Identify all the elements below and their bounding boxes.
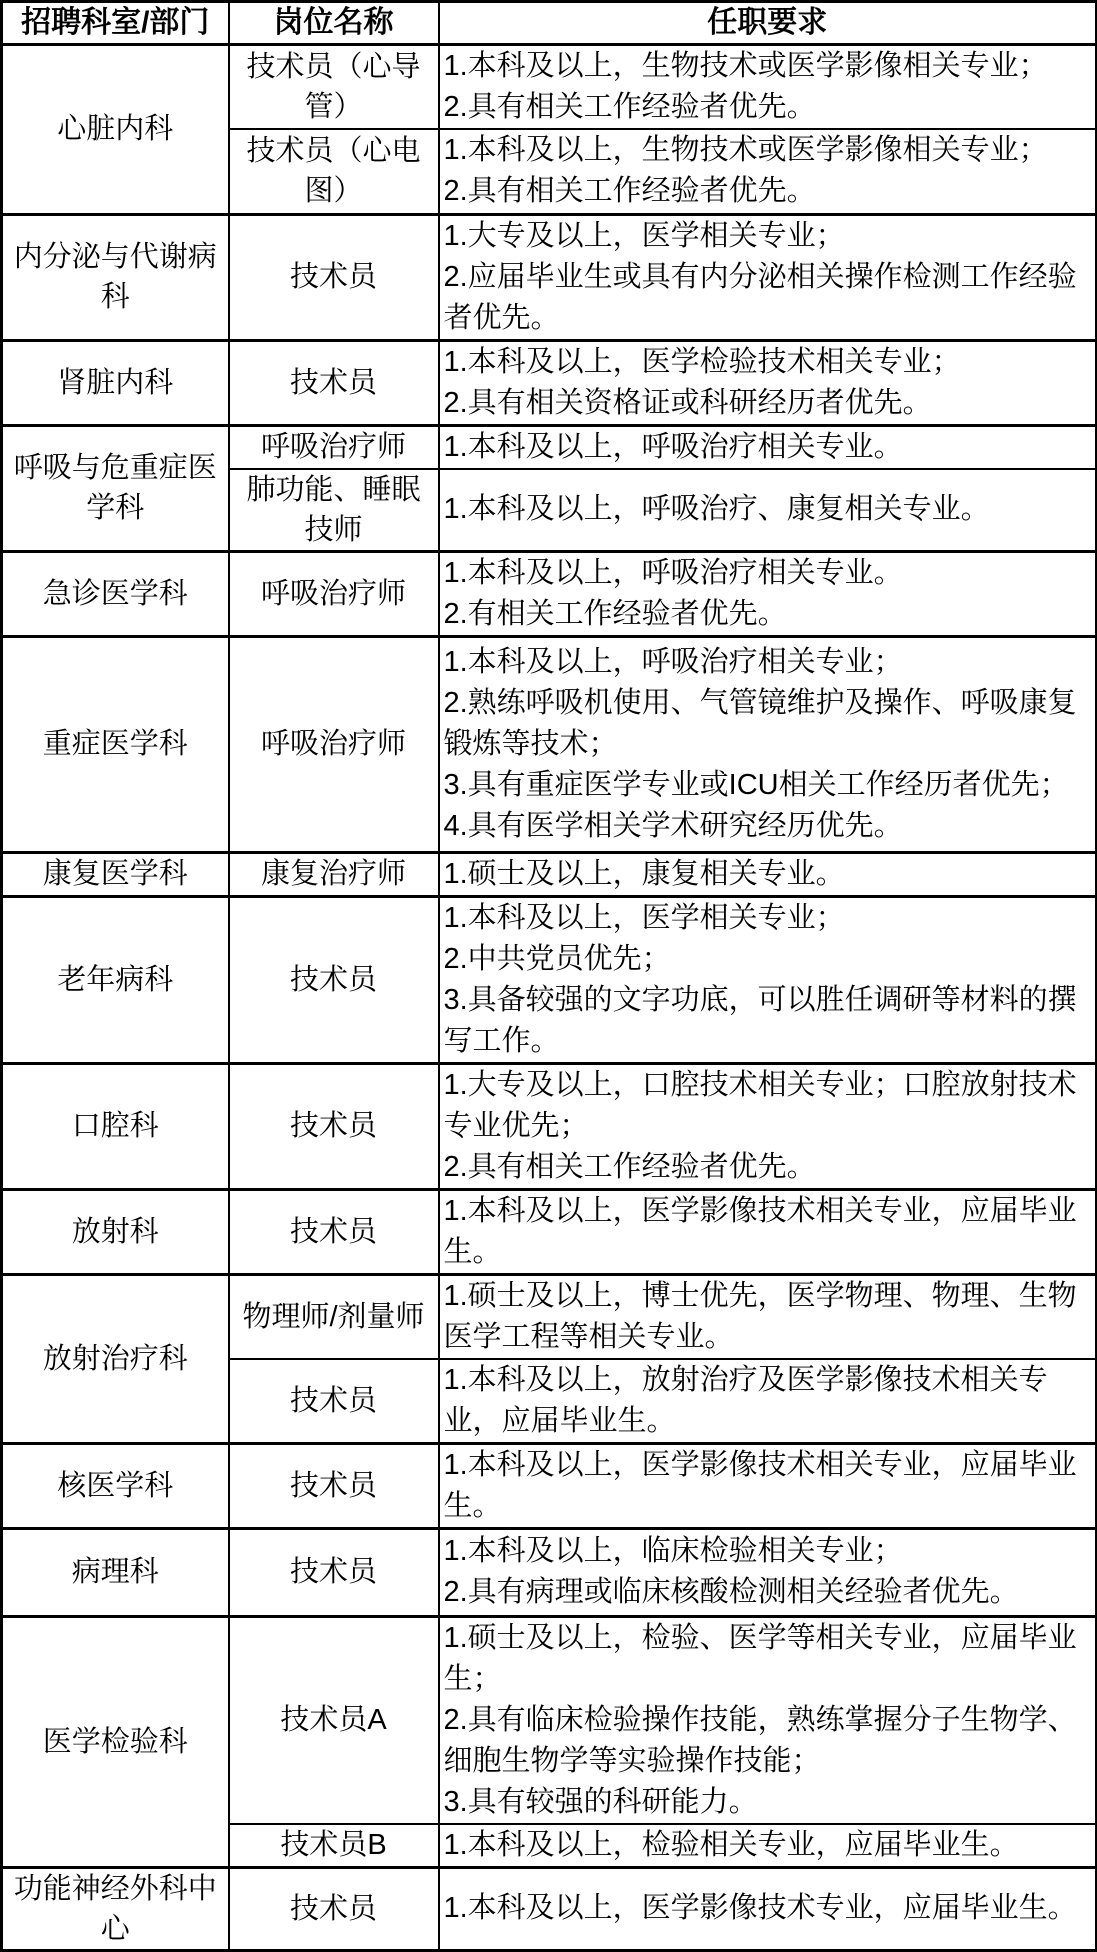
requirements-cell: 1.本科及以上，医学影像技术专业，应届毕业生。 [439, 1867, 1097, 1950]
requirement-line: 4.具有医学相关学术研究经历优先。 [444, 806, 1092, 847]
requirement-line: 2.熟练呼吸机使用、气管镜维护及操作、呼吸康复锻炼等技术； [444, 683, 1092, 765]
table-row: 放射科 技术员 1.本科及以上，医学影像技术相关专业，应届毕业生。 [2, 1189, 1097, 1274]
page: 招聘科室/部门 岗位名称 任职要求 心脏内科 技术员（心导管） 1.本科及以上，… [0, 0, 1097, 1952]
requirements-cell: 1.本科及以上，医学影像技术相关专业，应届毕业生。 [439, 1443, 1097, 1528]
requirement-line: 1.本科及以上，呼吸治疗相关专业。 [444, 427, 1092, 468]
table-row: 心脏内科 技术员（心导管） 1.本科及以上，生物技术或医学影像相关专业； 2.具… [2, 45, 1097, 130]
dept-cell: 重症医学科 [2, 636, 229, 852]
dept-cell: 老年病科 [2, 896, 229, 1063]
position-cell: 肺功能、睡眠技师 [229, 469, 439, 552]
position-cell: 呼吸治疗师 [229, 636, 439, 852]
requirements-cell: 1.大专及以上，医学相关专业； 2.应届毕业生或具有内分泌相关操作检测工作经验者… [439, 214, 1097, 340]
position-cell: 技术员 [229, 1189, 439, 1274]
requirement-line: 1.本科及以上，医学影像技术相关专业，应届毕业生。 [444, 1191, 1092, 1273]
requirement-line: 2.具有相关资格证或科研经历者优先。 [444, 383, 1092, 424]
requirement-line: 3.具有较强的科研能力。 [444, 1782, 1092, 1823]
dept-cell: 医学检验科 [2, 1616, 229, 1867]
dept-cell: 心脏内科 [2, 45, 229, 215]
requirements-cell: 1.硕士及以上，博士优先，医学物理、物理、生物医学工程等相关专业。 [439, 1274, 1097, 1359]
position-cell: 技术员 [229, 1867, 439, 1950]
position-cell: 呼吸治疗师 [229, 425, 439, 469]
requirement-line: 1.本科及以上，医学影像技术相关专业，应届毕业生。 [444, 1445, 1092, 1527]
requirement-line: 1.本科及以上，放射治疗及医学影像技术相关专业，应届毕业生。 [444, 1360, 1092, 1442]
requirement-line: 1.本科及以上，临床检验相关专业； [444, 1531, 1092, 1572]
position-cell: 技术员A [229, 1616, 439, 1824]
table-row: 呼吸与危重症医学科 呼吸治疗师 1.本科及以上，呼吸治疗相关专业。 [2, 425, 1097, 469]
requirement-line: 1.本科及以上，呼吸治疗、康复相关专业。 [444, 489, 1092, 530]
requirement-line: 1.硕士及以上，康复相关专业。 [444, 854, 1092, 895]
requirement-line: 1.本科及以上，生物技术或医学影像相关专业； [444, 46, 1092, 87]
table-row: 放射治疗科 物理师/剂量师 1.硕士及以上，博士优先，医学物理、物理、生物医学工… [2, 1274, 1097, 1359]
requirement-line: 1.本科及以上，呼吸治疗相关专业。 [444, 553, 1092, 594]
requirement-line: 2.具有相关工作经验者优先。 [444, 1147, 1092, 1188]
dept-cell: 内分泌与代谢病科 [2, 214, 229, 340]
position-cell: 技术员 [229, 1528, 439, 1616]
dept-cell: 康复医学科 [2, 852, 229, 896]
dept-cell: 功能神经外科中心 [2, 1867, 229, 1950]
requirement-line: 1.本科及以上，呼吸治疗相关专业； [444, 642, 1092, 683]
dept-cell: 呼吸与危重症医学科 [2, 425, 229, 551]
position-cell: 技术员 [229, 1063, 439, 1189]
header-row: 招聘科室/部门 岗位名称 任职要求 [2, 2, 1097, 45]
header-dept: 招聘科室/部门 [2, 2, 229, 45]
position-cell: 物理师/剂量师 [229, 1274, 439, 1359]
header-position: 岗位名称 [229, 2, 439, 45]
table-row: 老年病科 技术员 1.本科及以上，医学相关专业； 2.中共党员优先； 3.具备较… [2, 896, 1097, 1063]
requirements-cell: 1.本科及以上，医学影像技术相关专业，应届毕业生。 [439, 1189, 1097, 1274]
dept-cell: 放射治疗科 [2, 1274, 229, 1443]
requirement-line: 1.本科及以上，医学影像技术专业，应届毕业生。 [444, 1888, 1092, 1929]
requirements-cell: 1.硕士及以上，康复相关专业。 [439, 852, 1097, 896]
requirements-cell: 1.本科及以上，呼吸治疗、康复相关专业。 [439, 469, 1097, 552]
requirement-line: 3.具有重症医学专业或ICU相关工作经历者优先； [444, 765, 1092, 806]
requirement-line: 3.具备较强的文字功底，可以胜任调研等材料的撰写工作。 [444, 980, 1092, 1062]
requirement-line: 1.本科及以上，检验相关专业，应届毕业生。 [444, 1825, 1092, 1866]
requirements-cell: 1.本科及以上，放射治疗及医学影像技术相关专业，应届毕业生。 [439, 1359, 1097, 1444]
position-cell: 呼吸治疗师 [229, 551, 439, 636]
requirement-line: 2.有相关工作经验者优先。 [444, 594, 1092, 635]
position-cell: 技术员（心导管） [229, 45, 439, 130]
dept-cell: 肾脏内科 [2, 340, 229, 425]
dept-cell: 急诊医学科 [2, 551, 229, 636]
table-row: 康复医学科 康复治疗师 1.硕士及以上，康复相关专业。 [2, 852, 1097, 896]
requirement-line: 2.具有相关工作经验者优先。 [444, 171, 1092, 212]
requirement-line: 1.大专及以上，口腔技术相关专业；口腔放射技术专业优先； [444, 1065, 1092, 1147]
requirements-cell: 1.大专及以上，口腔技术相关专业；口腔放射技术专业优先； 2.具有相关工作经验者… [439, 1063, 1097, 1189]
requirement-line: 1.硕士及以上，博士优先，医学物理、物理、生物医学工程等相关专业。 [444, 1276, 1092, 1358]
requirements-cell: 1.本科及以上，医学检验技术相关专业； 2.具有相关资格证或科研经历者优先。 [439, 340, 1097, 425]
position-cell: 技术员 [229, 340, 439, 425]
requirements-cell: 1.本科及以上，临床检验相关专业； 2.具有病理或临床核酸检测相关经验者优先。 [439, 1528, 1097, 1616]
position-cell: 技术员（心电图） [229, 129, 439, 214]
requirements-cell: 1.本科及以上，呼吸治疗相关专业。 2.有相关工作经验者优先。 [439, 551, 1097, 636]
requirements-cell: 1.本科及以上，医学相关专业； 2.中共党员优先； 3.具备较强的文字功底，可以… [439, 896, 1097, 1063]
requirement-line: 2.具有临床检验操作技能，熟练掌握分子生物学、细胞生物学等实验操作技能； [444, 1700, 1092, 1782]
dept-cell: 核医学科 [2, 1443, 229, 1528]
table-row: 医学检验科 技术员A 1.硕士及以上，检验、医学等相关专业，应届毕业生； 2.具… [2, 1616, 1097, 1824]
table-row: 核医学科 技术员 1.本科及以上，医学影像技术相关专业，应届毕业生。 [2, 1443, 1097, 1528]
header-requirements: 任职要求 [439, 2, 1097, 45]
requirement-line: 1.本科及以上，生物技术或医学影像相关专业； [444, 130, 1092, 171]
requirement-line: 1.本科及以上，医学相关专业； [444, 898, 1092, 939]
requirement-line: 1.大专及以上，医学相关专业； [444, 216, 1092, 257]
requirements-cell: 1.本科及以上，呼吸治疗相关专业； 2.熟练呼吸机使用、气管镜维护及操作、呼吸康… [439, 636, 1097, 852]
dept-cell: 口腔科 [2, 1063, 229, 1189]
position-cell: 技术员 [229, 1359, 439, 1444]
position-cell: 技术员 [229, 896, 439, 1063]
recruitment-table: 招聘科室/部门 岗位名称 任职要求 心脏内科 技术员（心导管） 1.本科及以上，… [0, 0, 1097, 1952]
requirements-cell: 1.本科及以上，检验相关专业，应届毕业生。 [439, 1824, 1097, 1868]
requirement-line: 2.具有病理或临床核酸检测相关经验者优先。 [444, 1572, 1092, 1613]
table-row: 重症医学科 呼吸治疗师 1.本科及以上，呼吸治疗相关专业； 2.熟练呼吸机使用、… [2, 636, 1097, 852]
table-row: 急诊医学科 呼吸治疗师 1.本科及以上，呼吸治疗相关专业。 2.有相关工作经验者… [2, 551, 1097, 636]
requirements-cell: 1.本科及以上，生物技术或医学影像相关专业； 2.具有相关工作经验者优先。 [439, 129, 1097, 214]
requirement-line: 1.本科及以上，医学检验技术相关专业； [444, 342, 1092, 383]
table-row: 功能神经外科中心 技术员 1.本科及以上，医学影像技术专业，应届毕业生。 [2, 1867, 1097, 1950]
table-row: 肾脏内科 技术员 1.本科及以上，医学检验技术相关专业； 2.具有相关资格证或科… [2, 340, 1097, 425]
position-cell: 康复治疗师 [229, 852, 439, 896]
requirements-cell: 1.硕士及以上，检验、医学等相关专业，应届毕业生； 2.具有临床检验操作技能，熟… [439, 1616, 1097, 1824]
table-row: 口腔科 技术员 1.大专及以上，口腔技术相关专业；口腔放射技术专业优先； 2.具… [2, 1063, 1097, 1189]
dept-cell: 放射科 [2, 1189, 229, 1274]
requirement-line: 2.应届毕业生或具有内分泌相关操作检测工作经验者优先。 [444, 257, 1092, 339]
dept-cell: 病理科 [2, 1528, 229, 1616]
requirement-line: 1.硕士及以上，检验、医学等相关专业，应届毕业生； [444, 1618, 1092, 1700]
requirements-cell: 1.本科及以上，生物技术或医学影像相关专业； 2.具有相关工作经验者优先。 [439, 45, 1097, 130]
requirement-line: 2.中共党员优先； [444, 939, 1092, 980]
table-row: 内分泌与代谢病科 技术员 1.大专及以上，医学相关专业； 2.应届毕业生或具有内… [2, 214, 1097, 340]
position-cell: 技术员 [229, 1443, 439, 1528]
position-cell: 技术员B [229, 1824, 439, 1868]
position-cell: 技术员 [229, 214, 439, 340]
requirements-cell: 1.本科及以上，呼吸治疗相关专业。 [439, 425, 1097, 469]
requirement-line: 2.具有相关工作经验者优先。 [444, 87, 1092, 128]
table-row: 病理科 技术员 1.本科及以上，临床检验相关专业； 2.具有病理或临床核酸检测相… [2, 1528, 1097, 1616]
